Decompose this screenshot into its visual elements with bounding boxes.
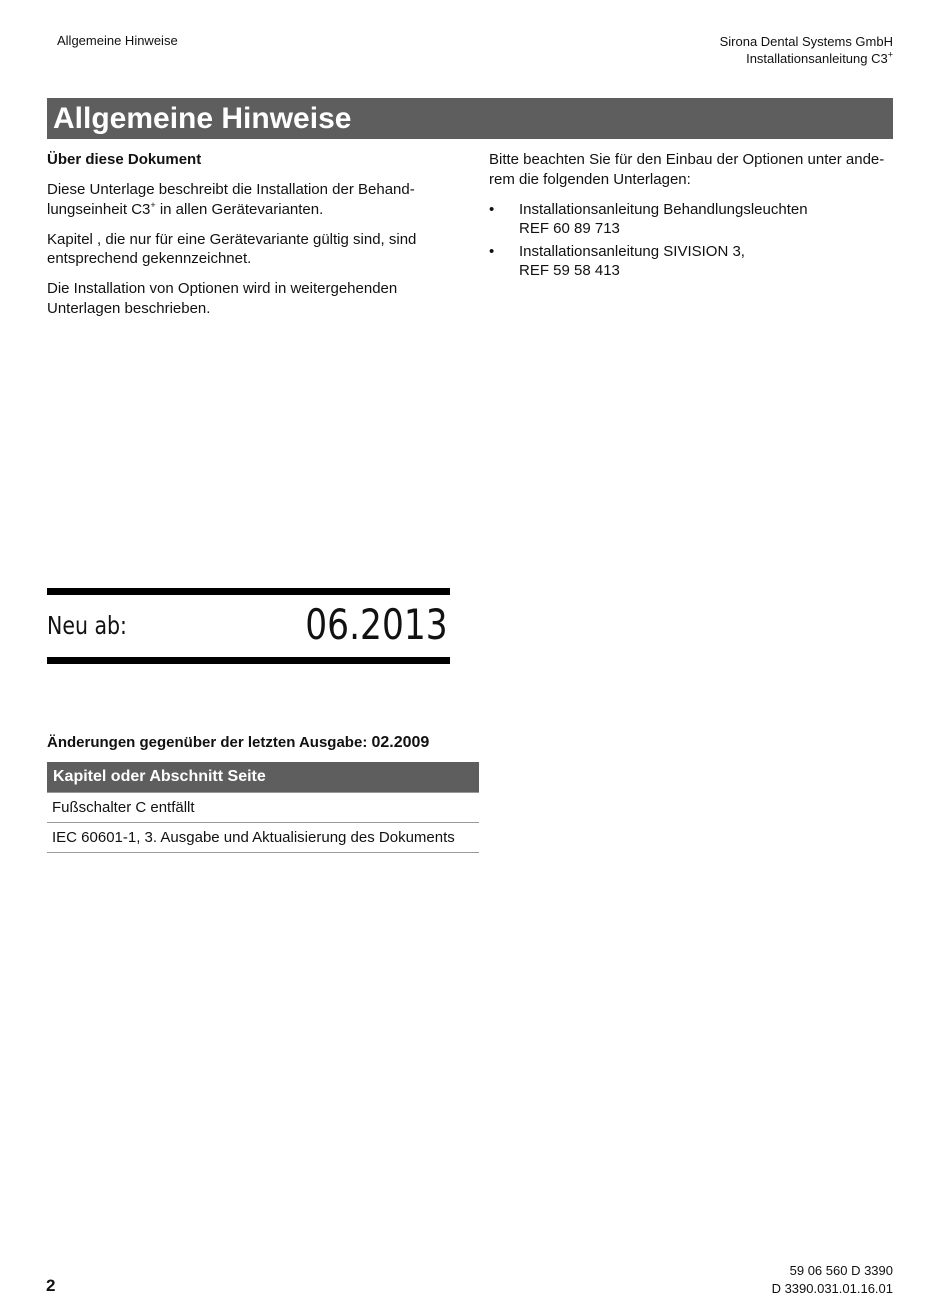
company-name: Sirona Dental Systems GmbH [720,33,893,50]
list-item: • Installationsanleitung Behandlungsleuc… [489,200,895,239]
doc-code: D 3390.031.01.16.01 [772,1280,893,1296]
valid-from-label: Neu ab: [47,611,127,640]
paragraph-variants: Kapitel , die nur für eine Gerätevariant… [47,230,447,269]
valid-from-box: Neu ab: 06.2013 [47,588,450,664]
section-title: Allgemeine Hinweise [47,98,893,139]
page-number: 2 [46,1276,55,1296]
paragraph-references-intro: Bitte beachten Sie für den Einbau der Op… [489,150,895,189]
bullet-icon: • [489,242,494,262]
list-item: • Installationsanleitung SIVISION 3, REF… [489,242,895,281]
divider [47,657,450,664]
manual-title: Installationsanleitung C3+ [720,50,893,67]
bullet-icon: • [489,200,494,220]
reference-list: • Installationsanleitung Behandlungsleuc… [489,200,895,281]
right-column: Bitte beachten Sie für den Einbau der Op… [489,150,895,284]
changes-heading: Änderungen gegenüber der letzten Ausgabe… [47,734,429,752]
subsection-heading: Über diese Dokument [47,150,447,170]
left-column: Über diese Dokument Diese Unterlage besc… [47,150,447,329]
document-codes: 59 06 560 D 3390 D 3390.031.01.16.01 [772,1262,893,1296]
table-row: Fußschalter C entfällt [47,793,479,823]
changes-table: Kapitel oder Abschnitt Seite Fußschalter… [47,762,479,853]
table-header: Kapitel oder Abschnitt Seite [47,762,479,793]
running-header-left: Allgemeine Hinweise [57,33,178,48]
paragraph-intro: Diese Unterlage beschreibt die Installat… [47,180,447,219]
divider [47,588,450,595]
table-row: IEC 60601-1, 3. Ausgabe und Aktualisieru… [47,823,479,853]
paragraph-options: Die Installation von Optionen wird in we… [47,279,447,318]
order-number: 59 06 560 D 3390 [772,1262,893,1280]
valid-from-date: 06.2013 [306,600,448,649]
running-header-right: Sirona Dental Systems GmbH Installations… [720,33,893,67]
